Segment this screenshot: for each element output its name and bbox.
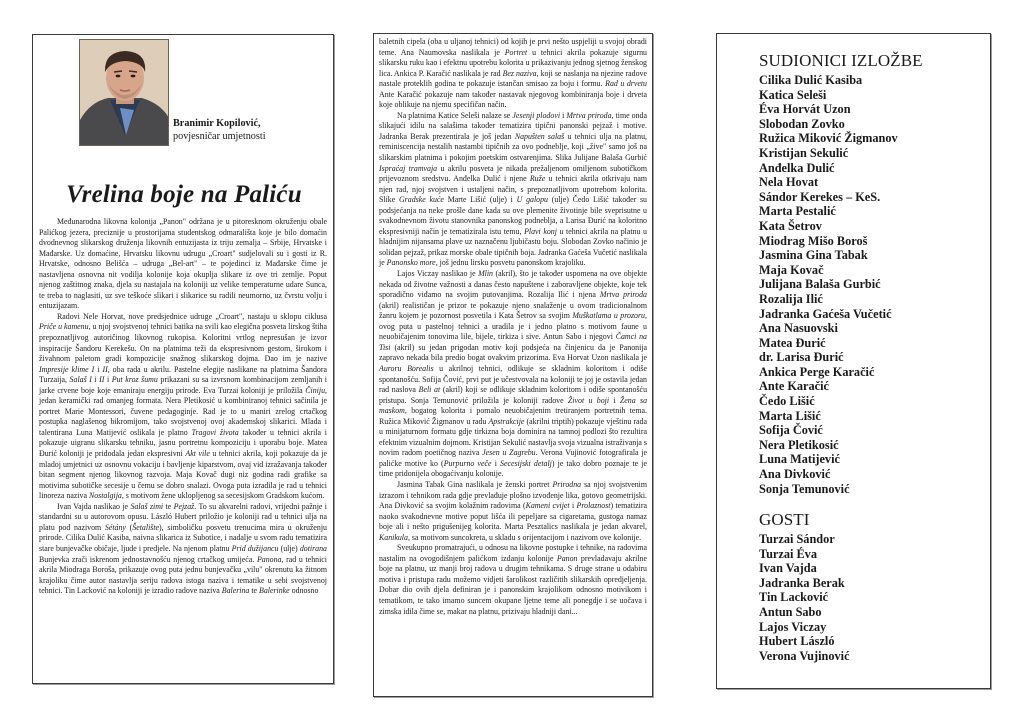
artwork-title: Prirodna [552,480,581,489]
participants-title: SUDIONICI IZLOŽBE [759,51,923,71]
paragraph-text: Lajos Viczay naslikao je [397,269,478,278]
article-column-left: Branimir Kopilović, povjesničar umjetnos… [32,34,334,684]
artwork-title: Mrtva priroda [600,290,647,299]
author-photo [79,39,169,146]
artwork-title: Panon [557,554,578,563]
artwork-title: Apstrakcije [488,417,524,426]
paragraph-text: te [163,502,174,511]
article-paragraph: baletnih cipela (oba u uljanoj tehnici) … [379,37,647,111]
artwork-title: Purpurno veče [444,459,492,468]
participant-name: Luna Matijević [759,452,923,467]
artwork-title: Panona [257,555,282,564]
artwork-title: Secesijski detalj [500,459,552,468]
participant-name: Ružica Miković Žigmanov [759,131,923,146]
participant-name: Rozalija Ilić [759,292,923,307]
guest-name: Verona Vujinović [759,649,850,664]
author-portrait-icon [80,40,169,146]
artwork-title: Nostalgija [89,491,122,500]
artwork-title: Kameni cvijet [526,501,570,510]
paragraph-text: (ulje) [278,544,299,553]
participant-name: Katica Seleši [759,88,923,103]
participants-sidebar: SUDIONICI IZLOŽBE Cilika Dulić KasibaKat… [716,33,991,689]
guest-name: Antun Sabo [759,605,850,620]
guest-name: Tin Lacković [759,590,850,605]
artwork-title: Beli at [419,385,441,394]
participant-name: Sonja Temunović [759,482,923,497]
participant-name: Slobodan Zovko [759,117,923,132]
artwork-title: Mrtva priroda [566,111,611,120]
participant-name: Čedo Lišić [759,394,923,409]
artwork-title: Auroru Borealis [379,364,434,373]
participant-name: Sofija Čović [759,423,923,438]
participant-name: Ankica Perge Karačić [759,365,923,380]
guest-name: Hubert László [759,634,850,649]
participant-name: Ana Nasuovski [759,321,923,336]
article-body-left: Međunarodna likovna kolonija „Panon" odr… [39,217,327,597]
participant-name: Miodrag Mišo Boroš [759,234,923,249]
participant-name: Cilika Dulić Kasiba [759,73,923,88]
artwork-title: Impresije klime I [39,365,94,374]
artwork-title: Panonsko more [387,258,436,267]
artwork-title: Život u boji [568,396,609,405]
article-headline: Vrelina boje na Paliću [41,181,327,209]
artwork-title: Jesen u Zagrebu [482,448,535,457]
article-paragraph: Radovi Nele Horvat, nove predsjednice ud… [39,312,327,502]
artwork-title: Jesenji plodovi [512,111,560,120]
participant-name: Ante Karačić [759,379,923,394]
paragraph-text: , još jednu lirsku posvetu panonskom kra… [436,258,586,267]
participant-name: Sándor Kerekes – KeS. [759,190,923,205]
article-column-middle: baletnih cipela (oba u uljanoj tehnici) … [373,33,653,697]
guest-name: Lajos Viczay [759,620,850,635]
paragraph-text: i [609,396,620,405]
paragraph-text: i [104,375,111,384]
author-role: povjesničar umjetnosti [173,130,266,143]
artwork-title: Tragovi života [192,428,239,437]
artwork-title: Ruže [530,174,545,183]
paragraph-text: Ivan Vajda naslikao je [57,502,130,511]
participant-name: Julijana Balaša Gurbić [759,277,923,292]
artwork-title: Salaš zimi [130,502,163,511]
paragraph-text: Ante Karačić pokazuje nam također nastav… [379,90,647,110]
paragraph-text: Jasmina Tabak Gina naslikala je ženski p… [397,480,552,489]
artwork-title: Prolaznost [577,501,611,510]
artwork-title: Šetalište [132,523,159,532]
guests-section: GOSTI Turzai SándorTurzai ÉvaIvan VajdaJ… [759,510,850,663]
artwork-title: Priče u kamenu [39,322,89,331]
participant-name: Éva Horvát Uzon [759,102,923,117]
artwork-title: Plavi konj u [524,227,563,236]
participant-name: Anđelka Dulić [759,161,923,176]
artwork-title: Sétány [105,523,126,532]
participant-name: Maja Kovač [759,263,923,278]
paragraph-text: te [249,586,259,595]
participant-name: dr. Larisa Đurić [759,350,923,365]
artwork-title: Mlin [478,269,493,278]
artwork-title: Rad u drvetu [605,79,647,88]
participant-name: Kata Šetrov [759,219,923,234]
article-paragraph: Lajos Viczay naslikao je Mlin (akril), š… [379,269,647,480]
artwork-title: Prid dužijancu [232,544,279,553]
artwork-title: Portret [505,48,528,57]
participant-name: Matea Đurić [759,336,923,351]
participant-name: Jasmina Gina Tabak [759,248,923,263]
participant-name: Jadranka Gaćeša Vučetić [759,307,923,322]
participant-name: Ana Divković [759,467,923,482]
article-paragraph: Sveukupno promatrajući, u odnosu na liko… [379,543,647,617]
guest-name: Turzai Sándor [759,532,850,547]
artwork-title: Činiju [305,386,325,395]
author-byline: Branimir Kopilović, povjesničar umjetnos… [173,117,266,143]
participants-section: SUDIONICI IZLOŽBE Cilika Dulić KasibaKat… [759,51,923,496]
paragraph-text: odnosno [290,586,319,595]
article-body-middle: baletnih cipela (oba u uljanoj tehnici) … [379,37,647,617]
paragraph-text: i [492,459,501,468]
guest-name: Turzai Éva [759,547,850,562]
artwork-title: dotirana [300,544,327,553]
paragraph-text: i [570,501,577,510]
guest-name: Jadranka Berak [759,576,850,591]
participant-name: Nela Hovat [759,175,923,190]
paragraph-text: Marte Lišić (ulje) i [444,195,517,204]
paragraph-text: Međunarodna likovna kolonija „Panon" odr… [39,217,327,310]
paragraph-text: , s motivom žene uklopljenog sa secesijs… [122,491,325,500]
author-name: Branimir Kopilović, [173,117,266,130]
artwork-title: Kanikula [379,533,408,542]
artwork-title: Bez naziva [503,69,537,78]
artwork-title: Pejzaž [174,502,195,511]
paragraph-text: (akril) su jedan prigodan motiv koji pod… [379,343,647,363]
artwork-title: Put kroz šumu [112,375,158,384]
participants-list: Cilika Dulić KasibaKatica SelešiÉva Horv… [759,73,923,496]
paragraph-text: Bunjevka zrači iskrenom jednostavnošću n… [39,555,257,564]
paragraph-text: Radovi Nele Horvat, nove predsjednice ud… [57,312,327,321]
artwork-title: Muškatlama u prozoru [572,311,645,320]
guests-title: GOSTI [759,510,850,530]
paragraph-text: prevladavaju akrilne boje na platnu, uz … [379,554,647,616]
artwork-title: Akt vile [185,449,209,458]
article-paragraph: Međunarodna likovna kolonija „Panon" odr… [39,217,327,312]
article-paragraph: Ivan Vajda naslikao je Salaš zimi te Pej… [39,502,327,597]
paragraph-text: Na platnima Katice Seleši nalaze se [397,111,512,120]
artwork-title: U galopu [517,195,548,204]
artwork-title: Ispraćaj tramvaja [379,164,437,173]
paragraph-text: , sa motivom suncokreta, u skladu s orij… [408,533,641,542]
participant-name: Nera Pletikosić [759,438,923,453]
guests-list: Turzai SándorTurzai ÉvaIvan VajdaJadrank… [759,532,850,663]
participant-name: Kristijan Sekulić [759,146,923,161]
artwork-title: Balerinke [259,586,290,595]
article-paragraph: Jasmina Tabak Gina naslikala je ženski p… [379,480,647,543]
participant-name: Marta Lišić [759,409,923,424]
participant-name: Marta Pestalić [759,204,923,219]
guest-name: Ivan Vajda [759,561,850,576]
artwork-title: Salaš I [70,375,92,384]
article-paragraph: Na platnima Katice Seleši nalaze se Jese… [379,111,647,269]
artwork-title: Napušten salaš [515,132,564,141]
artwork-title: Balerina [222,586,250,595]
artwork-title: Gradske kuće [399,195,444,204]
